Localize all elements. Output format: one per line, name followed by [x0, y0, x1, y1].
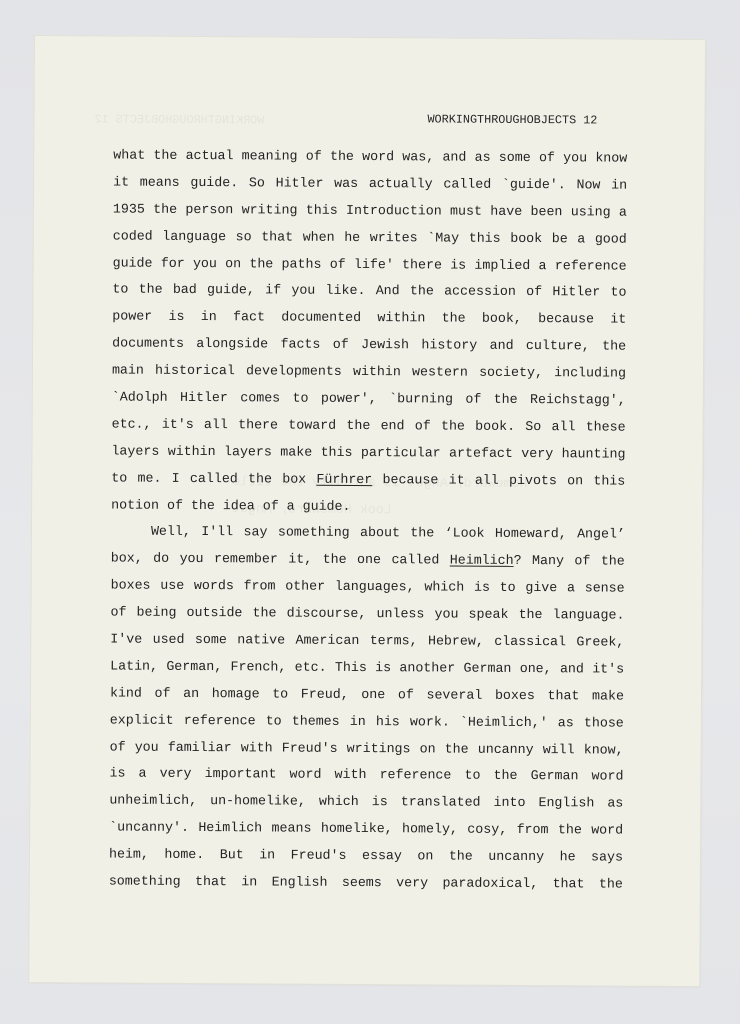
- text-segment: Latin, German, French, etc. This is anot…: [110, 658, 624, 676]
- text-segment: something that in English seems very par…: [109, 874, 623, 892]
- text-line: etc., it's all there toward the end of t…: [112, 411, 626, 441]
- text-line: I've used some native American terms, He…: [110, 627, 624, 657]
- text-segment: Well, I'll say something about the ‘Look…: [151, 524, 625, 542]
- running-header: WORKINGTHROUGHOBJECTS 12: [427, 112, 597, 127]
- underlined-term: Fürhrer: [316, 471, 372, 486]
- text-line: `Adolph Hitler comes to power', `burning…: [112, 384, 626, 414]
- text-line: unheimlich, un-homelike, which is transl…: [109, 788, 623, 818]
- text-line: to me. I called the box Fürhrer because …: [111, 465, 625, 495]
- text-line: boxes use words from other languages, wh…: [111, 573, 625, 603]
- typescript-page: WORKINGTHROUGHOBJECTS 12 Homeward, Angel…: [29, 36, 705, 986]
- text-line: of you familiar with Freud's writings on…: [110, 734, 624, 764]
- text-line: coded language so that when he writes `M…: [113, 223, 627, 253]
- text-segment: heim, home. But in Freud's essay on the …: [109, 847, 623, 865]
- text-segment: guide for you on the paths of life' ther…: [113, 255, 627, 273]
- text-line: `uncanny'. Heimlich means homelike, home…: [109, 815, 623, 845]
- text-segment: to the bad guide, if you like. And the a…: [112, 282, 626, 300]
- text-line: it means guide. So Hitler was actually c…: [113, 169, 627, 199]
- show-through-header: WORKINGTHROUGHOBJECTS 12: [94, 112, 264, 127]
- text-segment: `uncanny'. Heimlich means homelike, home…: [109, 820, 623, 838]
- text-segment: power is in fact documented within the b…: [112, 309, 626, 327]
- text-line: power is in fact documented within the b…: [112, 304, 626, 334]
- text-segment: 1935 the person writing this Introductio…: [113, 201, 627, 219]
- text-line: notion of the idea of a guide.: [111, 492, 625, 522]
- text-segment: of being outside the discourse, unless y…: [110, 605, 624, 623]
- text-segment: explicit reference to themes in his work…: [110, 712, 624, 730]
- text-segment: what the actual meaning of the word was,…: [113, 147, 627, 165]
- text-line: explicit reference to themes in his work…: [110, 707, 624, 737]
- text-line: documents alongside facts of Jewish hist…: [112, 331, 626, 361]
- text-segment: etc., it's all there toward the end of t…: [112, 416, 626, 434]
- text-segment: kind of an homage to Freud, one of sever…: [110, 685, 624, 703]
- text-segment: it means guide. So Hitler was actually c…: [113, 174, 627, 192]
- text-line: kind of an homage to Freud, one of sever…: [110, 680, 624, 710]
- text-line: of being outside the discourse, unless y…: [110, 600, 624, 630]
- text-segment: documents alongside facts of Jewish hist…: [112, 336, 626, 354]
- text-segment: because it all pivots on this: [372, 472, 625, 489]
- text-segment: coded language so that when he writes `M…: [113, 228, 627, 246]
- text-line: heim, home. But in Freud's essay on the …: [109, 842, 623, 872]
- text-line: something that in English seems very par…: [109, 869, 623, 899]
- text-segment: layers within layers make this particula…: [111, 443, 625, 461]
- text-line: box, do you remember it, the one called …: [111, 546, 625, 576]
- text-segment: to me. I called the box: [111, 470, 316, 486]
- text-line: Well, I'll say something about the ‘Look…: [111, 519, 625, 549]
- text-segment: of you familiar with Freud's writings on…: [110, 739, 624, 757]
- text-segment: notion of the idea of a guide.: [111, 497, 350, 513]
- text-line: 1935 the person writing this Introductio…: [113, 196, 627, 226]
- text-line: what the actual meaning of the word was,…: [113, 142, 627, 172]
- text-segment: is a very important word with reference …: [109, 766, 623, 784]
- text-line: is a very important word with reference …: [109, 761, 623, 791]
- text-line: guide for you on the paths of life' ther…: [113, 250, 627, 280]
- text-segment: box, do you remember it, the one called: [111, 551, 450, 568]
- text-line: main historical developments within west…: [112, 358, 626, 388]
- text-segment: boxes use words from other languages, wh…: [111, 578, 625, 596]
- text-line: layers within layers make this particula…: [111, 438, 625, 468]
- body-text: what the actual meaning of the word was,…: [109, 142, 628, 898]
- text-segment: I've used some native American terms, He…: [110, 632, 624, 650]
- underlined-term: Heimlich: [450, 553, 514, 568]
- text-line: to the bad guide, if you like. And the a…: [112, 277, 626, 307]
- text-segment: unheimlich, un-homelike, which is transl…: [109, 793, 623, 811]
- text-segment: `Adolph Hitler comes to power', `burning…: [112, 389, 626, 407]
- text-segment: ? Many of the: [514, 553, 625, 569]
- text-segment: main historical developments within west…: [112, 363, 626, 381]
- text-line: Latin, German, French, etc. This is anot…: [110, 653, 624, 683]
